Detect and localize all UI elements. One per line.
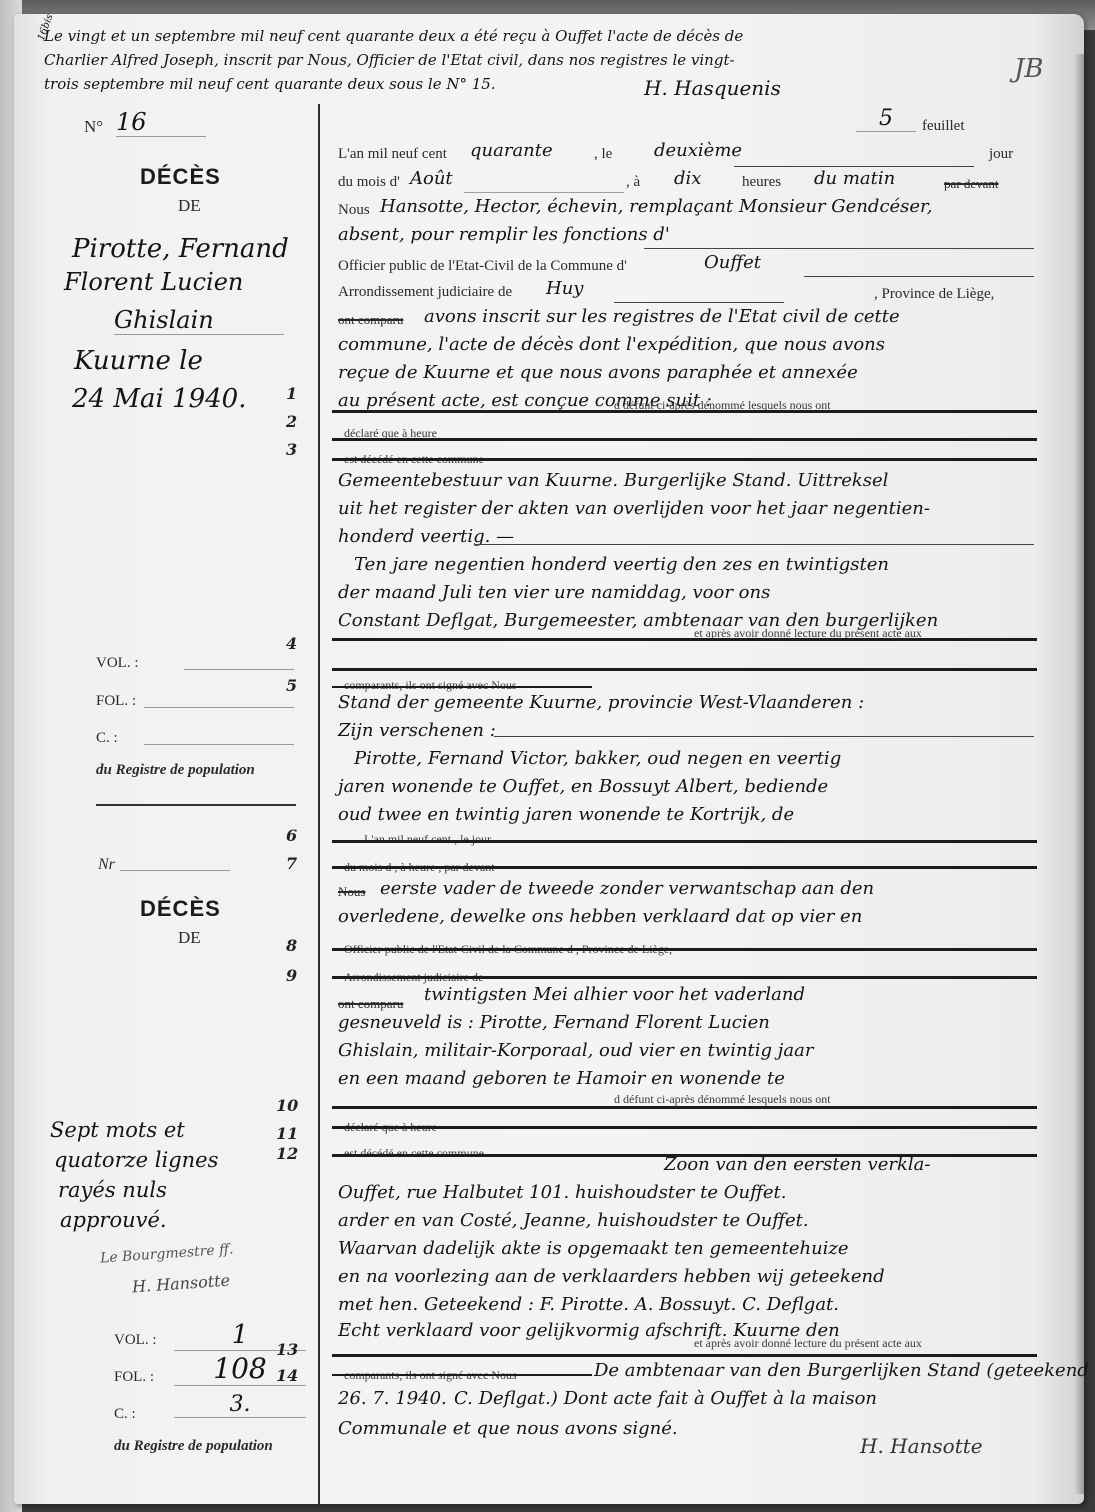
vol-field [184, 669, 294, 670]
handwritten-text: en na voorlezing aan de verklaarders heb… [338, 1266, 885, 1287]
page-edge [1074, 54, 1084, 1494]
deceased-name-line: Ghislain [114, 306, 284, 335]
line-number: 12 [276, 1144, 298, 1163]
second-de-label: DE [178, 928, 201, 948]
handwritten-date: 26. 7. 1940. [338, 1388, 447, 1409]
de-label: DE [178, 196, 201, 216]
fill-line [644, 248, 1034, 249]
line-number: 1 [286, 384, 297, 403]
population-register-caption: du Registre de population [114, 1438, 273, 1455]
corner-initials: JB [1014, 54, 1044, 84]
strike-line [332, 638, 1037, 641]
printed-text: , à [626, 174, 640, 191]
margin-note-line: approuvé. [60, 1208, 167, 1232]
c-label: C. : [96, 730, 118, 747]
line-number: 4 [286, 634, 297, 653]
handwritten-text: Ten jare negentien honderd veertig den z… [354, 554, 889, 575]
deceased-name-line: Pirotte, Fernand [72, 234, 289, 264]
handwritten-hour: dix [674, 168, 701, 189]
line-number: 2 [286, 412, 297, 431]
line-number: 9 [286, 966, 297, 985]
section-divider [96, 804, 296, 806]
fol-label: FOL. : [96, 693, 136, 710]
line-number: 10 [276, 1096, 298, 1115]
handwritten-text: De ambtenaar van den Burgerlijken Stand … [594, 1360, 1089, 1381]
note-line: Charlier Alfred Joseph, inscrit par Nous… [44, 48, 1014, 72]
margin-signature: H. Hansotte [131, 1271, 230, 1297]
printed-text: du mois d' [338, 174, 400, 191]
line-number: 3 [286, 440, 297, 459]
handwritten-month: Août [410, 168, 453, 189]
handwritten-text: eerste vader de tweede zonder verwantsch… [380, 878, 874, 899]
strike-line [332, 686, 592, 688]
second-entry-field [120, 870, 230, 871]
line-number: 13 [276, 1340, 298, 1359]
deceased-name-line: Florent Lucien [64, 268, 243, 296]
handwritten-text: Communale et que nous avons signé. [338, 1418, 678, 1439]
strike-line [332, 458, 1037, 461]
handwritten-text: commune, l'acte de décès dont l'expéditi… [338, 334, 885, 355]
strike-line [332, 410, 1037, 413]
c-field [144, 744, 294, 745]
margin-note-line: Sept mots et [50, 1118, 185, 1142]
death-date: 24 Mai 1940. [72, 384, 246, 414]
fill-line [474, 544, 1034, 545]
strike-line [332, 438, 1037, 441]
handwritten-text: Stand der gemeente Kuurne, provincie Wes… [338, 692, 864, 713]
column-divider [318, 104, 320, 1504]
second-entry-label: Nr [98, 856, 115, 874]
handwritten-commune: Ouffet [704, 252, 761, 273]
strike-line [332, 668, 1037, 671]
struck-printed-line: d défunt ci-après dénommé lesquels nous … [344, 1092, 831, 1107]
fol-label: FOL. : [114, 1369, 154, 1386]
c-value: 3. [174, 1392, 306, 1418]
handwritten-text: met hen. Geteekend : F. Pirotte. A. Boss… [338, 1294, 839, 1315]
handwritten-time-of-day: du matin [814, 168, 895, 189]
margin-note-line: rayés nuls [58, 1178, 167, 1202]
struck-ont-comparu: ont comparu [338, 312, 403, 328]
feuillet-label: feuillet [922, 118, 964, 135]
strike-line [332, 1374, 592, 1376]
note-line: trois septembre mil neuf cent quarante d… [44, 72, 1014, 96]
c-label: C. : [114, 1406, 136, 1423]
handwritten-text: reçue de Kuurne et que nous avons paraph… [338, 362, 858, 383]
handwritten-text: avons inscrit sur les registres de l'Eta… [424, 306, 900, 327]
handwritten-text: Pirotte, Fernand Victor, bakker, oud neg… [354, 748, 841, 769]
note-signature: H. Hasquenis [644, 76, 781, 100]
handwritten-text: Zoon van den eersten verkla- [664, 1154, 930, 1175]
handwritten-year: quarante [470, 140, 553, 161]
transcription-note: 16bis Le vingt et un septembre mil neuf … [44, 24, 1014, 96]
strike-line [332, 976, 1037, 979]
deces-title: DÉCÈS [140, 164, 221, 190]
handwritten-text: twintigsten Mei alhier voor het vaderlan… [424, 984, 805, 1005]
officer-signature: H. Hansotte [860, 1434, 983, 1458]
struck-ont-comparu: ont comparu [338, 996, 403, 1012]
line-number: 5 [286, 676, 297, 695]
handwritten-text: en een maand geboren te Hamoir en wonend… [338, 1068, 785, 1089]
handwritten-text: C. Deflgat.) Dont acte fait à Ouffet à l… [454, 1388, 877, 1409]
handwritten-text: Waarvan dadelijk akte is opgemaakt ten g… [338, 1238, 849, 1259]
printed-jour: jour [989, 146, 1013, 163]
handwritten-text: Gemeentebestuur van Kuurne. Burgerlijke … [338, 470, 888, 491]
printed-text: Nous [338, 202, 370, 219]
margin-note-line: quatorze lignes [54, 1148, 218, 1172]
handwritten-text: der maand Juli ten vier ure namiddag, vo… [338, 582, 770, 603]
handwritten-text: Ghislain, militair-Korporaal, oud vier e… [338, 1040, 813, 1061]
printed-province: , Province de Liège, [874, 286, 994, 303]
feuillet-number: 5 [856, 106, 916, 132]
handwritten-text: jaren wonende te Ouffet, en Bossuyt Albe… [338, 776, 828, 797]
strike-line [332, 840, 1037, 843]
fill-line [494, 736, 1034, 737]
line-number: 8 [286, 936, 297, 955]
struck-text: par devant [944, 176, 999, 192]
handwritten-text: uit het register der akten van overlijde… [338, 498, 930, 519]
handwritten-text: arder en van Costé, Jeanne, huishoudster… [338, 1210, 809, 1231]
fill-line [734, 166, 974, 167]
handwritten-officer: Hansotte, Hector, échevin, remplaçant Mo… [380, 196, 932, 217]
printed-text: , le [594, 146, 612, 163]
handwritten-text: oud twee en twintig jaren wonende te Kor… [338, 804, 794, 825]
note-line: Le vingt et un septembre mil neuf cent q… [44, 24, 1014, 48]
line-number: 7 [286, 854, 297, 873]
fol-field [144, 707, 294, 708]
fill-line [804, 276, 1034, 277]
vol-label: VOL. : [114, 1332, 157, 1349]
fill-line [614, 302, 784, 303]
register-page: 16bis Le vingt et un septembre mil neuf … [14, 14, 1084, 1504]
line-number: 6 [286, 826, 297, 845]
fill-line [464, 192, 624, 193]
printed-text: L'an mil neuf cent [338, 146, 447, 163]
line-number: 14 [276, 1366, 298, 1385]
vol-label: VOL. : [96, 655, 139, 672]
handwritten-day: deuxième [654, 140, 742, 161]
death-place: Kuurne le [74, 346, 203, 376]
strike-line [332, 1106, 1037, 1109]
handwritten-text: Zijn verschenen : [338, 720, 496, 741]
handwritten-arrondissement: Huy [546, 278, 583, 299]
printed-text: heures [742, 174, 781, 191]
struck-printed-line: et après avoir donné lecture du présent … [694, 1336, 922, 1351]
second-deces-title: DÉCÈS [140, 896, 221, 922]
entry-number-label: N° [84, 117, 103, 137]
handwritten-text: gesneuveld is : Pirotte, Fernand Florent… [338, 1012, 770, 1033]
struck-nous: Nous [338, 884, 365, 900]
handwritten-text: overledene, dewelke ons hebben verklaard… [338, 906, 862, 927]
population-register-caption: du Registre de population [96, 762, 255, 779]
line-number: 11 [276, 1124, 298, 1143]
margin-signature-title: Le Bourgmestre ff. [100, 1241, 234, 1266]
strike-line [332, 948, 1037, 951]
handwritten-text: Ouffet, rue Halbutet 101. huishoudster t… [338, 1182, 786, 1203]
printed-text: Officier public de l'Etat-Civil de la Co… [338, 258, 627, 275]
strike-line [332, 1126, 1037, 1129]
entry-number: 16 [116, 108, 206, 137]
printed-text: Arrondissement judiciaire de [338, 284, 512, 301]
handwritten-text: absent, pour remplir les fonctions d' [338, 224, 670, 245]
strike-line [332, 1354, 1037, 1357]
strike-line [332, 866, 1037, 869]
